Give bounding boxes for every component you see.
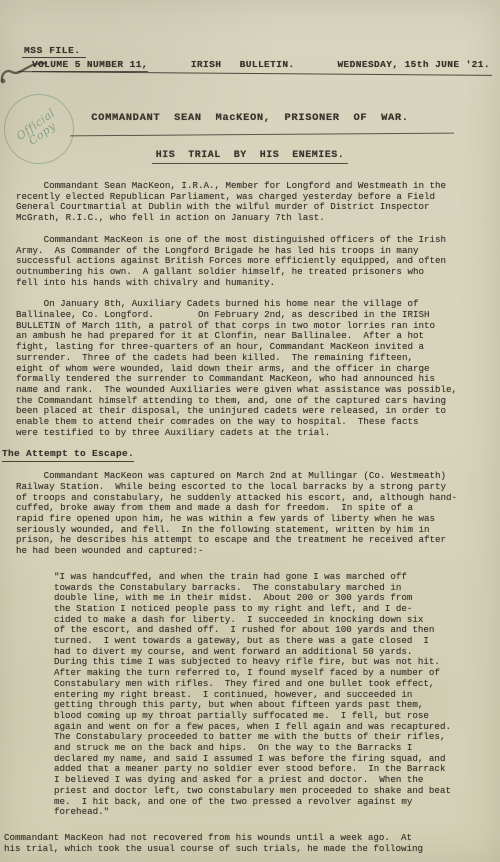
article-body: Commandant Sean MacKeon, I.R.A., Member … (16, 181, 489, 854)
section-heading-attempt-to-escape: The Attempt to Escape. (2, 449, 134, 462)
issue-date: WEDNESDAY, 15th JUNE '21. (337, 59, 490, 72)
article-subtitle: HIS TRIAL BY HIS ENEMIES. (0, 150, 500, 164)
document-page: Official Copy MSS FILE. VOLUME 5 NUMBER … (0, 0, 500, 862)
paragraph-closing: Commandant MacKeon had not recovered fro… (4, 833, 489, 854)
section-heading-wrap: The Attempt to Escape. (2, 449, 489, 462)
publication-name: IRISH BULLETIN. (191, 59, 295, 72)
paragraph-clonfin-ambush: On January 8th, Auxiliary Cadets burned … (16, 299, 489, 438)
volume-number-label: VOLUME 5 NUMBER 11, (32, 59, 148, 72)
masthead-row: VOLUME 5 NUMBER 11, IRISH BULLETIN. WEDN… (32, 59, 490, 72)
paragraph-capture-mullingar: Commandant MacKeon was captured on March… (16, 471, 489, 557)
file-label: MSS FILE. (22, 45, 86, 58)
paragraph-distinguished-officer: Commandant MacKeon is one of the most di… (16, 235, 489, 289)
article-subtitle-text: HIS TRIAL BY HIS ENEMIES. (152, 150, 349, 164)
prisoner-statement-quote: "I was handcuffed, and when the train ha… (54, 572, 489, 818)
paragraph-intro: Commandant Sean MacKeon, I.R.A., Member … (16, 181, 489, 224)
title-underline (70, 133, 454, 137)
article-title: COMMANDANT SEAN MacKEON, PRISONER OF WAR… (0, 112, 500, 124)
